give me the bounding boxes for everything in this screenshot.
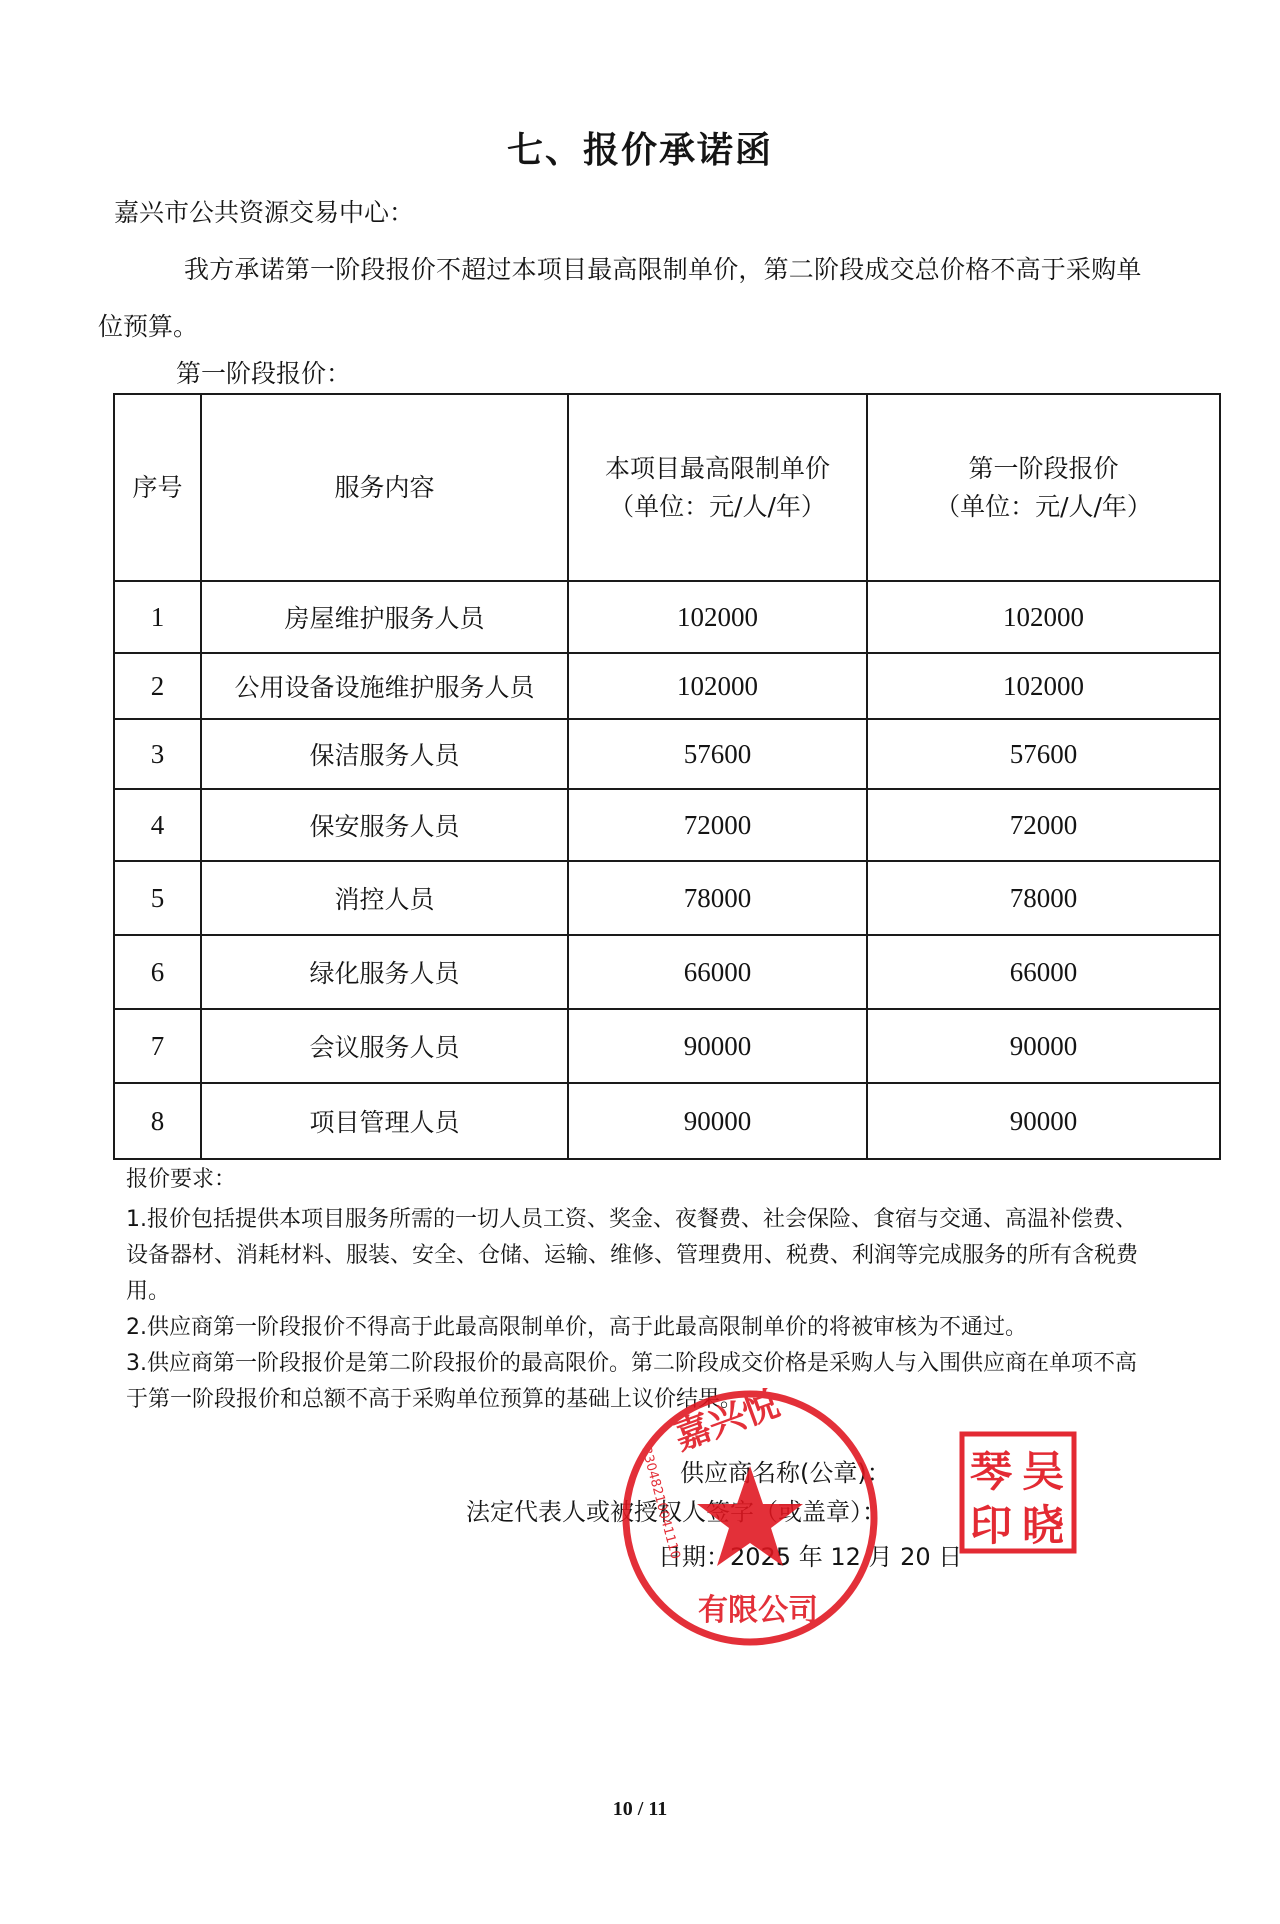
cell-index: 6 (114, 935, 201, 1009)
header-bid-title: 第一阶段报价 (868, 450, 1219, 488)
cell-max-price: 72000 (568, 789, 867, 861)
cell-service: 消控人员 (201, 861, 568, 935)
cell-index: 4 (114, 789, 201, 861)
promise-text-line-2: 位预算。 (98, 310, 198, 344)
promise-text-line-1: 我方承诺第一阶段报价不超过本项目最高限制单价，第二阶段成交总价格不高于采购单 (184, 253, 1142, 287)
cell-bid: 90000 (867, 1009, 1220, 1083)
seal-char-xiao: 晓 (1022, 1501, 1064, 1550)
cell-index: 8 (114, 1083, 201, 1159)
seal-text-bottom: 有限公司 (698, 1593, 818, 1628)
requirements-title: 报价要求： (126, 1162, 236, 1198)
table-row: 2 公用设备设施维护服务人员 102000 102000 (114, 653, 1220, 719)
cell-bid: 102000 (867, 653, 1220, 719)
cell-bid: 78000 (867, 861, 1220, 935)
cell-service: 公用设备设施维护服务人员 (201, 653, 568, 719)
seal-char-qin: 琴 (970, 1447, 1012, 1496)
table-row: 5 消控人员 78000 78000 (114, 861, 1220, 935)
cell-max-price: 90000 (568, 1009, 867, 1083)
table-row: 3 保洁服务人员 57600 57600 (114, 719, 1220, 789)
cell-service: 保安服务人员 (201, 789, 568, 861)
header-max-price-title: 本项目最高限制单价 (569, 450, 866, 488)
seal-text-top: 嘉兴悦 (669, 1388, 785, 1458)
cell-max-price: 102000 (568, 581, 867, 653)
header-index: 序号 (114, 394, 201, 581)
cell-index: 1 (114, 581, 201, 653)
table-row: 4 保安服务人员 72000 72000 (114, 789, 1220, 861)
header-max-price-unit: （单位：元/人/年） (569, 488, 866, 526)
cell-bid: 90000 (867, 1083, 1220, 1159)
cell-index: 2 (114, 653, 201, 719)
header-bid-unit: （单位：元/人/年） (868, 488, 1219, 526)
stage-one-label: 第一阶段报价： (176, 357, 351, 391)
seal-code: 33048210041110 (638, 1445, 682, 1561)
requirement-1-line-2: 设备器材、消耗材料、服装、安全、仓储、运输、维修、管理费用、税费、利润等完成服务… (126, 1238, 1138, 1274)
star-icon (697, 1466, 803, 1566)
cell-max-price: 57600 (568, 719, 867, 789)
cell-service: 会议服务人员 (201, 1009, 568, 1083)
requirement-1-line-1: 1.报价包括提供本项目服务所需的一切人员工资、奖金、夜餐费、社会保险、食宿与交通… (126, 1202, 1137, 1238)
company-seal-stamp: 嘉兴悦 有限公司 33048210041110 (620, 1388, 880, 1648)
cell-max-price: 90000 (568, 1083, 867, 1159)
cell-max-price: 78000 (568, 861, 867, 935)
cell-index: 3 (114, 719, 201, 789)
addressee: 嘉兴市公共资源交易中心： (114, 196, 414, 230)
cell-bid: 66000 (867, 935, 1220, 1009)
requirement-3-line-1: 3.供应商第一阶段报价是第二阶段报价的最高限价。第二阶段成交价格是采购人与入围供… (126, 1346, 1137, 1382)
header-bid: 第一阶段报价 （单位：元/人/年） (867, 394, 1220, 581)
table-header-row: 序号 服务内容 本项目最高限制单价 （单位：元/人/年） 第一阶段报价 （单位：… (114, 394, 1220, 581)
table-row: 7 会议服务人员 90000 90000 (114, 1009, 1220, 1083)
quote-table: 序号 服务内容 本项目最高限制单价 （单位：元/人/年） 第一阶段报价 （单位：… (113, 393, 1221, 1160)
seal-char-yin: 印 (970, 1501, 1012, 1550)
requirement-2: 2.供应商第一阶段报价不得高于此最高限制单价，高于此最高限制单价的将被审核为不通… (126, 1310, 1027, 1346)
header-max-price: 本项目最高限制单价 （单位：元/人/年） (568, 394, 867, 581)
cell-service: 房屋维护服务人员 (201, 581, 568, 653)
cell-bid: 72000 (867, 789, 1220, 861)
cell-index: 7 (114, 1009, 201, 1083)
cell-bid: 102000 (867, 581, 1220, 653)
document-title: 七、报价承诺函 (0, 122, 1280, 173)
header-service: 服务内容 (201, 394, 568, 581)
cell-service: 项目管理人员 (201, 1083, 568, 1159)
table-row: 6 绿化服务人员 66000 66000 (114, 935, 1220, 1009)
cell-max-price: 102000 (568, 653, 867, 719)
cell-service: 绿化服务人员 (201, 935, 568, 1009)
page-number: 10 / 11 (0, 1798, 1280, 1821)
requirement-1-line-3: 用。 (126, 1274, 170, 1310)
table-row: 8 项目管理人员 90000 90000 (114, 1083, 1220, 1159)
cell-bid: 57600 (867, 719, 1220, 789)
personal-seal-stamp: 吴 晓 琴 印 (958, 1430, 1078, 1555)
cell-max-price: 66000 (568, 935, 867, 1009)
table-row: 1 房屋维护服务人员 102000 102000 (114, 581, 1220, 653)
seal-char-wu: 吴 (1022, 1447, 1064, 1496)
cell-service: 保洁服务人员 (201, 719, 568, 789)
cell-index: 5 (114, 861, 201, 935)
